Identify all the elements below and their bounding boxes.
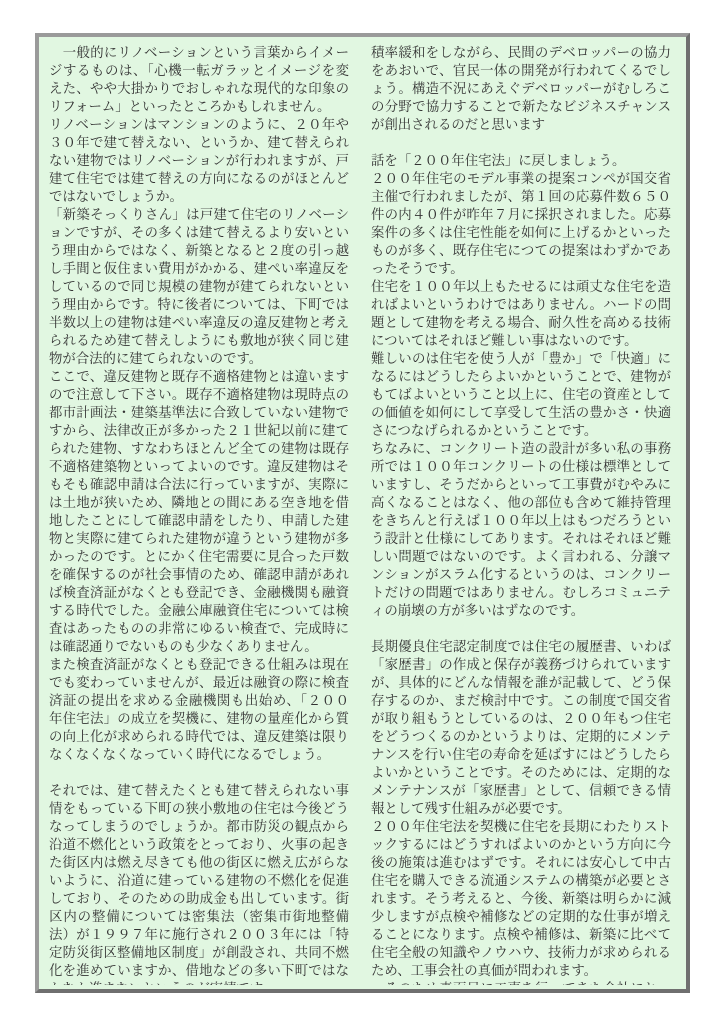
paragraph: それでは、建て替えたくとも建て替えられない事情をもっている下町の狭小敷地の住宅は…: [49, 782, 349, 985]
paragraph: 「新築そっくりさん」は戸建て住宅のリノベーションですが、その多くは建て替えるより…: [49, 206, 349, 368]
article-column-left: 一般的にリノベーションという言葉からイメージするものは、「心機一転ガラッとイメー…: [49, 44, 349, 985]
paragraph: ２００年住宅法を契機に住宅を長期にわたりストックするにはどうすればよいのかという…: [371, 818, 671, 980]
paragraph: また検査済証がなくとも登記できる仕組みは現在でも変わっていませんが、最近は融資の…: [49, 656, 349, 764]
paragraph: 長期優良住宅認定制度では住宅の履歴書、いわば「家歴書」の作成と保存が義務づけられ…: [371, 638, 671, 818]
paragraph: ２００年住宅のモデル事業の提案コンペが国交省主催で行われましたが、第１回の応募件…: [371, 170, 671, 278]
paragraph: 住宅を１００年以上もたせるには頑丈な住宅を造ればよいというわけではありません。ハ…: [371, 278, 671, 350]
paragraph: 話を「２００年住宅法」に戻しましょう。: [371, 152, 671, 170]
paragraph: リノベーションはマンションのように、２０年や３０年で建て替えない、というか、建て…: [49, 116, 349, 206]
paragraph: ちなみに、コンクリート造の設計が多い私の事務所では１００年コンクリートの仕様は標…: [371, 440, 671, 620]
paragraph: 一般的にリノベーションという言葉からイメージするものは、「心機一転ガラッとイメー…: [49, 44, 349, 116]
paragraph: ここで、違反建物と既存不適格建物とは違いますので注意して下さい。既存不適格建物は…: [49, 368, 349, 656]
article-column-right: 積率緩和をしながら、民間のデベロッパーの協力をあおいで、官民一体の開発が行われて…: [371, 44, 671, 985]
paragraph: 積率緩和をしながら、民間のデベロッパーの協力をあおいで、官民一体の開発が行われて…: [371, 44, 671, 134]
paragraph: 難しいのは住宅を使う人が「豊か」で「快適」になるにはどうしたらよいかということで…: [371, 350, 671, 440]
article-panel: 一般的にリノベーションという言葉からイメージするものは、「心機一転ガラッとイメー…: [35, 33, 690, 993]
page: { "colors": { "page-bg": "#ffffff", "pan…: [0, 0, 724, 1024]
paragraph: そのため真面目に工事を行ってきた会社にとっては新たなビジネスチャンスといえるので…: [371, 980, 671, 985]
